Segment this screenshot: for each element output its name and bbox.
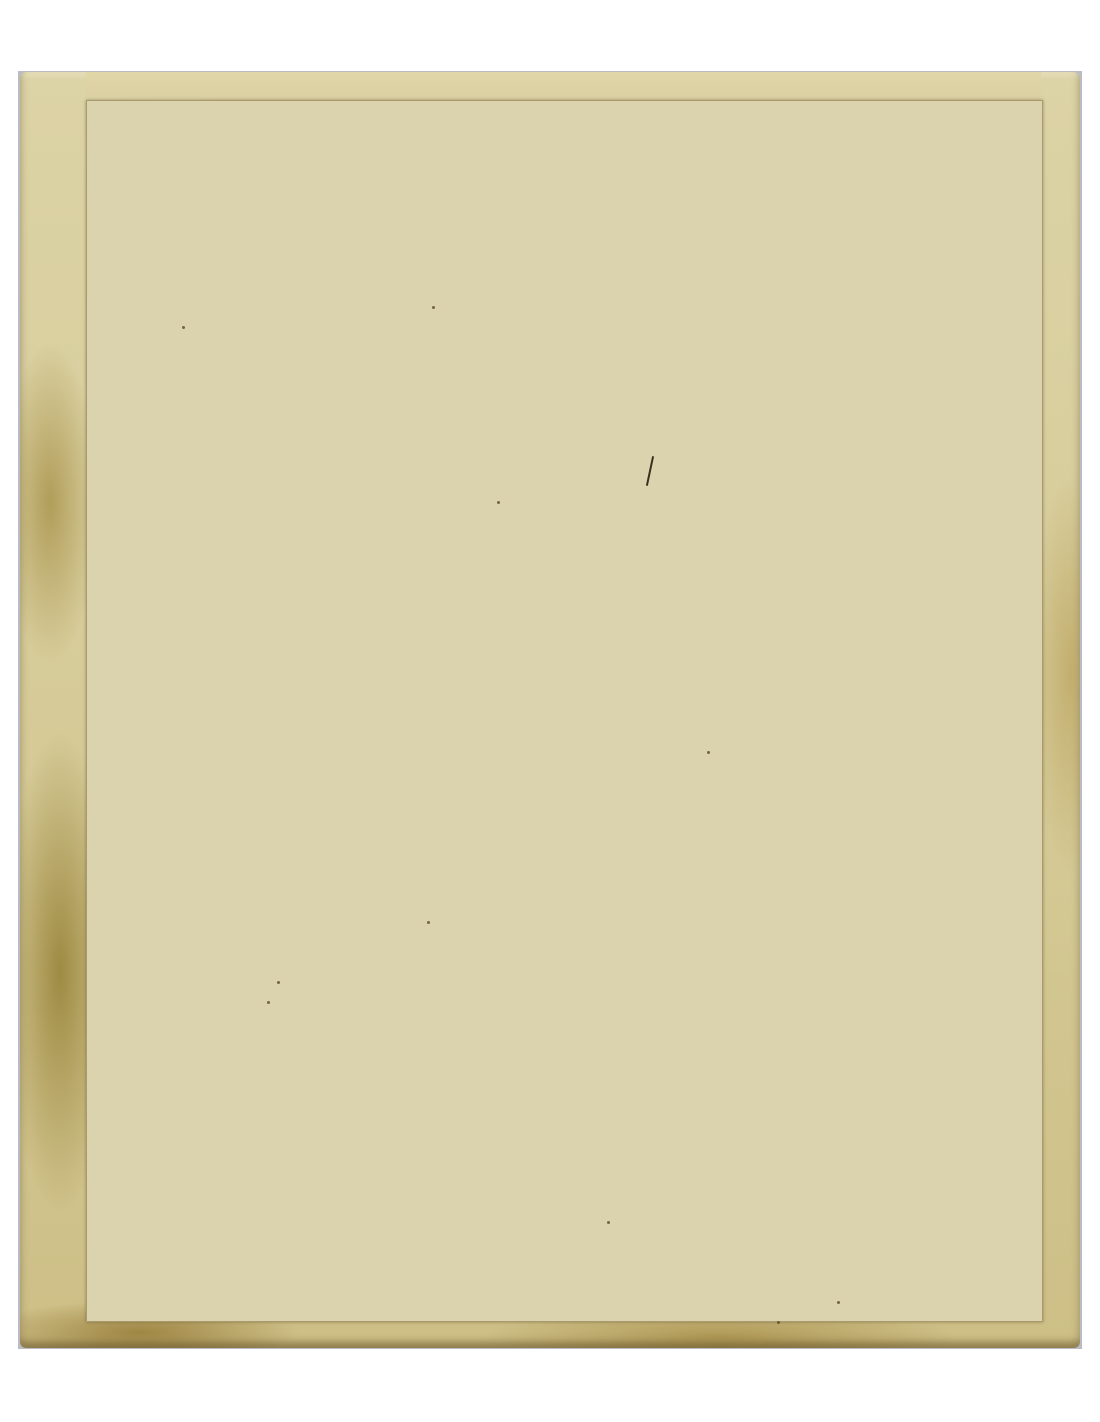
paper-backing <box>86 100 1043 1322</box>
speck <box>277 981 280 984</box>
speck <box>707 751 710 754</box>
speck <box>607 1221 610 1224</box>
speck <box>432 306 435 309</box>
speck <box>267 1001 270 1004</box>
speck <box>837 1301 840 1304</box>
speck <box>182 326 185 329</box>
speck <box>497 501 500 504</box>
panel-board <box>20 72 1080 1348</box>
speck <box>777 1321 780 1324</box>
speck <box>427 921 430 924</box>
scratch-mark <box>646 456 654 486</box>
